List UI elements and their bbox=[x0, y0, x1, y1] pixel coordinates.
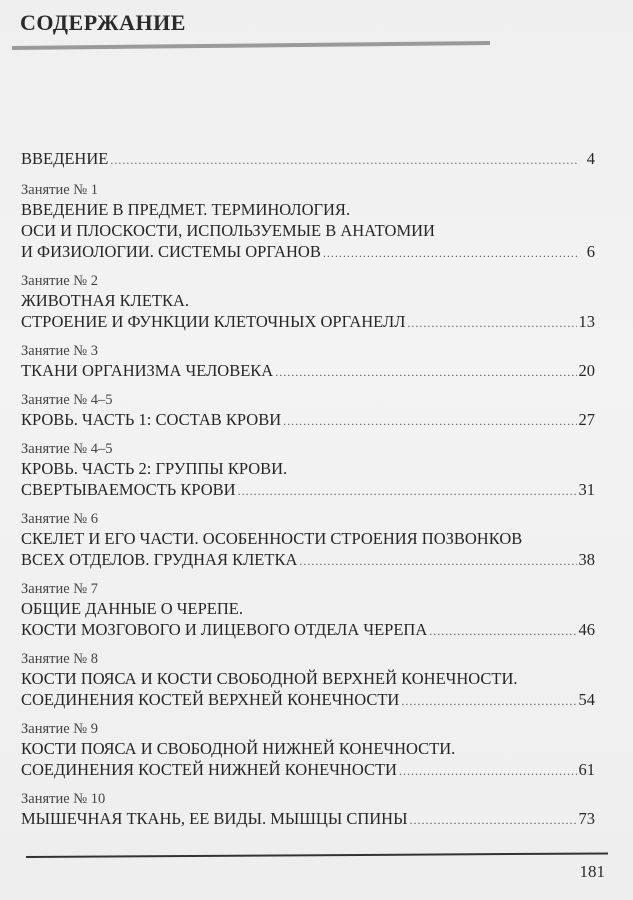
dot-leader: ........................................… bbox=[110, 150, 579, 171]
entry-title-line: ВВЕДЕНИЕ................................… bbox=[21, 148, 595, 171]
entry-title-text: КОСТИ ПОЯСА И СВОБОДНОЙ НИЖНЕЙ КОНЕЧНОСТ… bbox=[21, 738, 455, 759]
dot-leader: ........................................… bbox=[401, 691, 576, 712]
dot-leader: ........................................… bbox=[399, 761, 577, 782]
entry-title-text: ЖИВОТНАЯ КЛЕТКА. bbox=[21, 290, 189, 311]
lesson-label: Занятие № 8 bbox=[21, 650, 595, 668]
entry-title-line: ОСИ И ПЛОСКОСТИ, ИСПОЛЬЗУЕМЫЕ В АНАТОМИИ bbox=[21, 220, 595, 241]
entry-title-text: СОЕДИНЕНИЯ КОСТЕЙ ВЕРХНЕЙ КОНЕЧНОСТИ bbox=[21, 689, 399, 710]
toc-entry: Занятие № 6СКЕЛЕТ И ЕГО ЧАСТИ. ОСОБЕННОС… bbox=[21, 510, 595, 572]
toc-entry: Занятие № 1ВВЕДЕНИЕ В ПРЕДМЕТ. ТЕРМИНОЛО… bbox=[21, 181, 595, 264]
entry-title-line: ВВЕДЕНИЕ В ПРЕДМЕТ. ТЕРМИНОЛОГИЯ. bbox=[21, 199, 595, 220]
entry-page-number: 61 bbox=[579, 759, 596, 780]
table-of-contents: ВВЕДЕНИЕ................................… bbox=[21, 148, 595, 839]
toc-entry: Занятие № 10МЫШЕЧНАЯ ТКАНЬ, ЕЕ ВИДЫ. МЫШ… bbox=[21, 790, 595, 831]
dot-leader: ........................................… bbox=[299, 551, 576, 572]
lesson-label: Занятие № 10 bbox=[21, 790, 595, 808]
entry-title-line: ТКАНИ ОРГАНИЗМА ЧЕЛОВЕКА................… bbox=[21, 360, 595, 383]
toc-entry: Занятие № 9КОСТИ ПОЯСА И СВОБОДНОЙ НИЖНЕ… bbox=[21, 720, 595, 782]
dot-leader: ........................................… bbox=[410, 810, 577, 831]
lesson-label: Занятие № 4–5 bbox=[21, 391, 595, 409]
entry-title-text: КОСТИ МОЗГОВОГО И ЛИЦЕВОГО ОТДЕЛА ЧЕРЕПА bbox=[21, 619, 427, 640]
entry-title-text: ОСИ И ПЛОСКОСТИ, ИСПОЛЬЗУЕМЫЕ В АНАТОМИИ bbox=[21, 220, 435, 241]
entry-title-text: СОЕДИНЕНИЯ КОСТЕЙ НИЖНЕЙ КОНЕЧНОСТИ bbox=[21, 759, 397, 780]
entry-page-number: 38 bbox=[579, 549, 596, 570]
entry-title-line: СОЕДИНЕНИЯ КОСТЕЙ ВЕРХНЕЙ КОНЕЧНОСТИ....… bbox=[21, 689, 595, 712]
entry-title-line: ОБЩИЕ ДАННЫЕ О ЧЕРЕПЕ. bbox=[21, 598, 595, 619]
lesson-label: Занятие № 3 bbox=[21, 342, 595, 360]
entry-page-number: 20 bbox=[579, 360, 596, 381]
entry-title-text: ОБЩИЕ ДАННЫЕ О ЧЕРЕПЕ. bbox=[21, 598, 243, 619]
entry-page-number: 73 bbox=[579, 808, 596, 829]
entry-title-text: КРОВЬ. ЧАСТЬ 2: ГРУППЫ КРОВИ. bbox=[21, 458, 287, 479]
entry-title-line: И ФИЗИОЛОГИИ. СИСТЕМЫ ОРГАНОВ...........… bbox=[21, 241, 595, 264]
dot-leader: ........................................… bbox=[323, 243, 579, 264]
entry-title-line: ВСЕХ ОТДЕЛОВ. ГРУДНАЯ КЛЕТКА............… bbox=[21, 549, 595, 572]
entry-title-line: КРОВЬ. ЧАСТЬ 1: СОСТАВ КРОВИ............… bbox=[21, 409, 595, 432]
entry-title-text: КОСТИ ПОЯСА И КОСТИ СВОБОДНОЙ ВЕРХНЕЙ КО… bbox=[21, 668, 518, 689]
title-underline-rule bbox=[12, 41, 490, 50]
entry-title-text: ВВЕДЕНИЕ bbox=[21, 148, 108, 169]
entry-title-text: ВВЕДЕНИЕ В ПРЕДМЕТ. ТЕРМИНОЛОГИЯ. bbox=[21, 199, 350, 220]
dot-leader: ........................................… bbox=[429, 621, 576, 642]
toc-entry: Занятие № 7ОБЩИЕ ДАННЫЕ О ЧЕРЕПЕ.КОСТИ М… bbox=[21, 580, 595, 642]
entry-page-number: 27 bbox=[579, 409, 596, 430]
entry-page-number: 13 bbox=[579, 311, 596, 332]
entry-title-line: СОЕДИНЕНИЯ КОСТЕЙ НИЖНЕЙ КОНЕЧНОСТИ.....… bbox=[21, 759, 595, 782]
toc-entry: Занятие № 8КОСТИ ПОЯСА И КОСТИ СВОБОДНОЙ… bbox=[21, 650, 595, 712]
lesson-label: Занятие № 9 bbox=[21, 720, 595, 738]
toc-entry: Занятие № 3ТКАНИ ОРГАНИЗМА ЧЕЛОВЕКА.....… bbox=[21, 342, 595, 383]
entry-page-number: 4 bbox=[581, 148, 595, 169]
lesson-label: Занятие № 4–5 bbox=[21, 440, 595, 458]
toc-entry: Занятие № 4–5КРОВЬ. ЧАСТЬ 1: СОСТАВ КРОВ… bbox=[21, 391, 595, 432]
entry-title-text: И ФИЗИОЛОГИИ. СИСТЕМЫ ОРГАНОВ bbox=[21, 241, 321, 262]
entry-page-number: 6 bbox=[581, 241, 595, 262]
entry-title-line: КРОВЬ. ЧАСТЬ 2: ГРУППЫ КРОВИ. bbox=[21, 458, 595, 479]
entry-title-text: КРОВЬ. ЧАСТЬ 1: СОСТАВ КРОВИ bbox=[21, 409, 281, 430]
entry-title-line: КОСТИ ПОЯСА И СВОБОДНОЙ НИЖНЕЙ КОНЕЧНОСТ… bbox=[21, 738, 595, 759]
book-page: СОДЕРЖАНИЕ ВВЕДЕНИЕ.....................… bbox=[0, 0, 633, 900]
entry-title-line: КОСТИ МОЗГОВОГО И ЛИЦЕВОГО ОТДЕЛА ЧЕРЕПА… bbox=[21, 619, 595, 642]
toc-entry: ВВЕДЕНИЕ................................… bbox=[21, 148, 595, 171]
entry-title-line: СВЕРТЫВАЕМОСТЬ КРОВИ....................… bbox=[21, 479, 595, 502]
entry-title-text: СКЕЛЕТ И ЕГО ЧАСТИ. ОСОБЕННОСТИ СТРОЕНИЯ… bbox=[21, 528, 522, 549]
page-number: 181 bbox=[580, 862, 606, 882]
entry-title-text: СТРОЕНИЕ И ФУНКЦИИ КЛЕТОЧНЫХ ОРГАНЕЛЛ bbox=[21, 311, 405, 332]
entry-page-number: 54 bbox=[579, 689, 596, 710]
dot-leader: ........................................… bbox=[238, 481, 577, 502]
lesson-label: Занятие № 7 bbox=[21, 580, 595, 598]
entry-title-line: СКЕЛЕТ И ЕГО ЧАСТИ. ОСОБЕННОСТИ СТРОЕНИЯ… bbox=[21, 528, 595, 549]
dot-leader: ........................................… bbox=[275, 362, 576, 383]
entry-title-text: ТКАНИ ОРГАНИЗМА ЧЕЛОВЕКА bbox=[21, 360, 273, 381]
footer-rule bbox=[26, 852, 608, 857]
toc-entry: Занятие № 4–5КРОВЬ. ЧАСТЬ 2: ГРУППЫ КРОВ… bbox=[21, 440, 595, 502]
entry-title-line: ЖИВОТНАЯ КЛЕТКА. bbox=[21, 290, 595, 311]
lesson-label: Занятие № 1 bbox=[21, 181, 595, 199]
entry-title-line: КОСТИ ПОЯСА И КОСТИ СВОБОДНОЙ ВЕРХНЕЙ КО… bbox=[21, 668, 595, 689]
entry-title-text: ВСЕХ ОТДЕЛОВ. ГРУДНАЯ КЛЕТКА bbox=[21, 549, 297, 570]
entry-page-number: 46 bbox=[579, 619, 596, 640]
entry-title-line: СТРОЕНИЕ И ФУНКЦИИ КЛЕТОЧНЫХ ОРГАНЕЛЛ...… bbox=[21, 311, 595, 334]
lesson-label: Занятие № 6 bbox=[21, 510, 595, 528]
toc-entry: Занятие № 2ЖИВОТНАЯ КЛЕТКА.СТРОЕНИЕ И ФУ… bbox=[21, 272, 595, 334]
dot-leader: ........................................… bbox=[283, 411, 576, 432]
entry-title-text: МЫШЕЧНАЯ ТКАНЬ, ЕЕ ВИДЫ. МЫШЦЫ СПИНЫ bbox=[21, 808, 408, 829]
entry-title-line: МЫШЕЧНАЯ ТКАНЬ, ЕЕ ВИДЫ. МЫШЦЫ СПИНЫ....… bbox=[21, 808, 595, 831]
page-title: СОДЕРЖАНИЕ bbox=[20, 10, 186, 36]
lesson-label: Занятие № 2 bbox=[21, 272, 595, 290]
dot-leader: ........................................… bbox=[407, 313, 576, 334]
entry-page-number: 31 bbox=[579, 479, 596, 500]
entry-title-text: СВЕРТЫВАЕМОСТЬ КРОВИ bbox=[21, 479, 236, 500]
